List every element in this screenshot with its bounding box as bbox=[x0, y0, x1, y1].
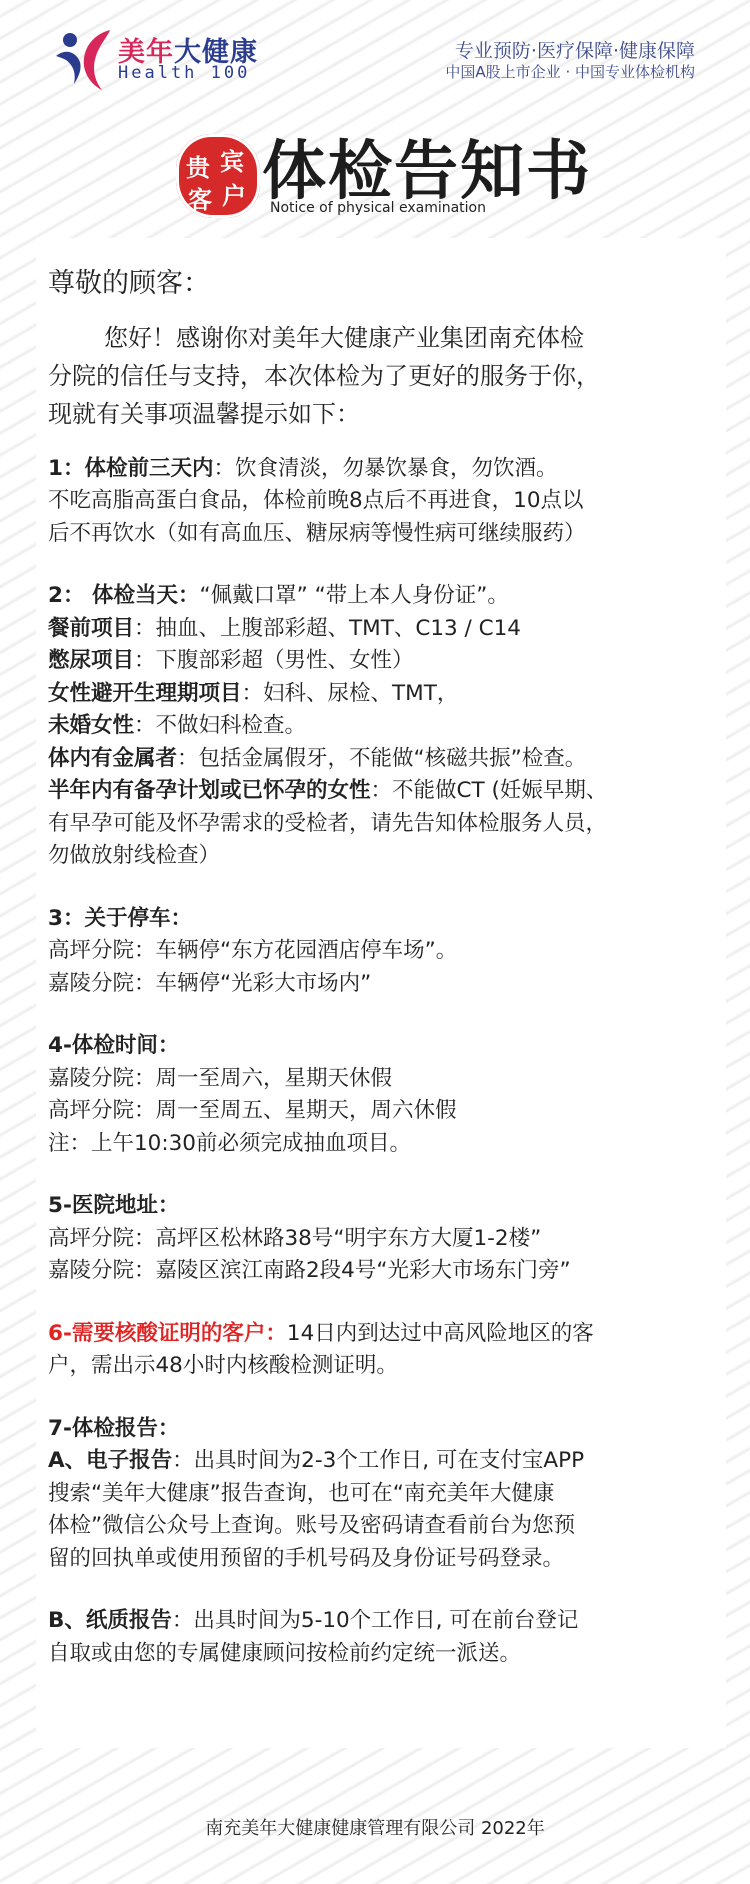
seal-char: 户 bbox=[222, 176, 246, 211]
item-label: 体内有金属者 bbox=[48, 746, 177, 771]
section-text: “佩戴口罩” “带上本人身份证”。 bbox=[199, 583, 508, 608]
section-text: 高坪分院：周一至周五、星期天，周六休假 bbox=[48, 1095, 718, 1128]
section-text: 户，需出示48小时内核酸检测证明。 bbox=[48, 1350, 718, 1383]
section-text: 注：上午10:30前必须完成抽血项目。 bbox=[48, 1128, 718, 1161]
header: 美年大健康 Health 100 专业预防·医疗保障·健康保障 中国A股上市企业… bbox=[0, 0, 750, 110]
item-text: ：不做妇科检查。 bbox=[134, 713, 306, 738]
seal-char: 客 bbox=[188, 180, 212, 215]
section-text: 后不再饮水（如有高血压、糖尿病等慢性病可继续服药） bbox=[48, 518, 718, 551]
section-heading: 3：关于停车： bbox=[48, 903, 718, 936]
item-label: 未婚女性 bbox=[48, 713, 134, 738]
item-label: 餐前项目 bbox=[48, 616, 134, 641]
item-text: ：不能做CT (妊娠早期、 bbox=[371, 778, 608, 803]
seal-char: 贵 bbox=[186, 148, 210, 183]
section-nucleic-acid: 6-需要核酸证明的客户：14日内到达过中高风险地区的客 户，需出示48小时内核酸… bbox=[48, 1318, 718, 1383]
section-report: 7-体检报告： A、电子报告：出具时间为2-3个工作日, 可在支付宝APP 搜索… bbox=[48, 1413, 718, 1671]
item-label: 半年内有备孕计划或已怀孕的女性 bbox=[48, 778, 371, 803]
item-text: ：包括金属假牙，不能做“核磁共振”检查。 bbox=[177, 746, 586, 771]
slogan-line1: 专业预防·医疗保障·健康保障 bbox=[455, 36, 695, 63]
section-text: ：饮食清淡，勿暴饮暴食，勿饮酒。 bbox=[213, 456, 557, 481]
section-heading: 2： 体检当天： bbox=[48, 583, 199, 608]
section-before-exam: 1：体检前三天内：饮食清淡，勿暴饮暴食，勿饮酒。 不吃高脂高蛋白食品，体检前晚8… bbox=[48, 453, 718, 551]
item-label: 憋尿项目 bbox=[48, 648, 134, 673]
section-heading: 1：体检前三天内 bbox=[48, 456, 213, 481]
item-text: ：妇科、尿检、TMT， bbox=[242, 681, 459, 706]
vip-seal-icon: 贵 宾 客 户 bbox=[176, 134, 260, 218]
section-parking: 3：关于停车： 高坪分院：车辆停“东方花园酒店停车场”。 嘉陵分院：车辆停“光彩… bbox=[48, 903, 718, 1001]
item-text: ：出具时间为5-10个工作日, 可在前台登记 bbox=[172, 1608, 578, 1633]
section-text: 有早孕可能及怀孕需求的受检者，请先告知体检服务人员， bbox=[48, 808, 718, 841]
section-heading: 7-体检报告： bbox=[48, 1413, 718, 1446]
slogan-line2: 中国A股上市企业 · 中国专业体检机构 bbox=[445, 61, 695, 82]
section-text: 体检”微信公众号上查询。账号及密码请查看前台为您预 bbox=[48, 1510, 718, 1543]
intro-line: 您好！感谢你对美年大健康产业集团南充体检 bbox=[48, 319, 718, 357]
section-text: 嘉陵分院：周一至周六，星期天休假 bbox=[48, 1063, 718, 1096]
item-label: 女性避开生理期项目 bbox=[48, 681, 242, 706]
section-text: 不吃高脂高蛋白食品，体检前晚8点后不再进食，10点以 bbox=[48, 485, 718, 518]
seal-char: 宾 bbox=[220, 142, 244, 177]
section-exam-day: 2： 体检当天：“佩戴口罩” “带上本人身份证”。 餐前项目：抽血、上腹部彩超、… bbox=[48, 580, 718, 873]
item-text: ：抽血、上腹部彩超、TMT、C13 / C14 bbox=[134, 616, 521, 641]
section-text: 搜索“美年大健康”报告查询，也可在“南充美年大健康 bbox=[48, 1478, 718, 1511]
brand-name-en: Health 100 bbox=[118, 63, 250, 83]
item-label: B、纸质报告 bbox=[48, 1608, 172, 1633]
section-text: 嘉陵分院：嘉陵区滨江南路2段4号“光彩大市场东门旁” bbox=[48, 1255, 718, 1288]
section-heading: 5-医院地址： bbox=[48, 1190, 718, 1223]
item-text: ：出具时间为2-3个工作日, 可在支付宝APP bbox=[172, 1448, 584, 1473]
section-heading-alert: 6-需要核酸证明的客户： bbox=[48, 1321, 287, 1346]
footer-company: 南充美年大健康健康管理有限公司 2022年 bbox=[0, 1814, 750, 1840]
notice-body: 尊敬的顾客： 您好！感谢你对美年大健康产业集团南充体检 分院的信任与支持，本次体… bbox=[48, 268, 718, 1700]
page-title: 体检告知书 bbox=[262, 120, 592, 212]
intro-line: 现就有关事项温馨提示如下： bbox=[48, 395, 718, 433]
intro-line: 分院的信任与支持，本次体检为了更好的服务于你， bbox=[48, 357, 718, 395]
greeting: 尊敬的顾客： bbox=[48, 268, 718, 301]
section-text: 高坪分院：高坪区松林路38号“明宇东方大厦1-2楼” bbox=[48, 1223, 718, 1256]
section-text: 嘉陵分院：车辆停“光彩大市场内” bbox=[48, 968, 718, 1001]
section-text: 自取或由您的专属健康顾问按检前约定统一派送。 bbox=[48, 1638, 718, 1671]
item-label: A、电子报告 bbox=[48, 1448, 172, 1473]
intro-paragraph: 您好！感谢你对美年大健康产业集团南充体检 分院的信任与支持，本次体检为了更好的服… bbox=[48, 319, 718, 433]
item-text: ：下腹部彩超（男性、女性） bbox=[134, 648, 414, 673]
section-text: 留的回执单或使用预留的手机号码及身份证号码登录。 bbox=[48, 1543, 718, 1576]
section-address: 5-医院地址： 高坪分院：高坪区松林路38号“明宇东方大厦1-2楼” 嘉陵分院：… bbox=[48, 1190, 718, 1288]
section-heading: 4-体检时间： bbox=[48, 1030, 718, 1063]
section-text: 高坪分院：车辆停“东方花园酒店停车场”。 bbox=[48, 935, 718, 968]
brand-logo-icon bbox=[52, 26, 118, 92]
section-text: 14日内到达过中高风险地区的客 bbox=[287, 1321, 594, 1346]
page-subtitle: Notice of physical examination bbox=[270, 200, 486, 216]
section-text: 勿做放射线检查） bbox=[48, 840, 718, 873]
section-hours: 4-体检时间： 嘉陵分院：周一至周六，星期天休假 高坪分院：周一至周五、星期天，… bbox=[48, 1030, 718, 1160]
